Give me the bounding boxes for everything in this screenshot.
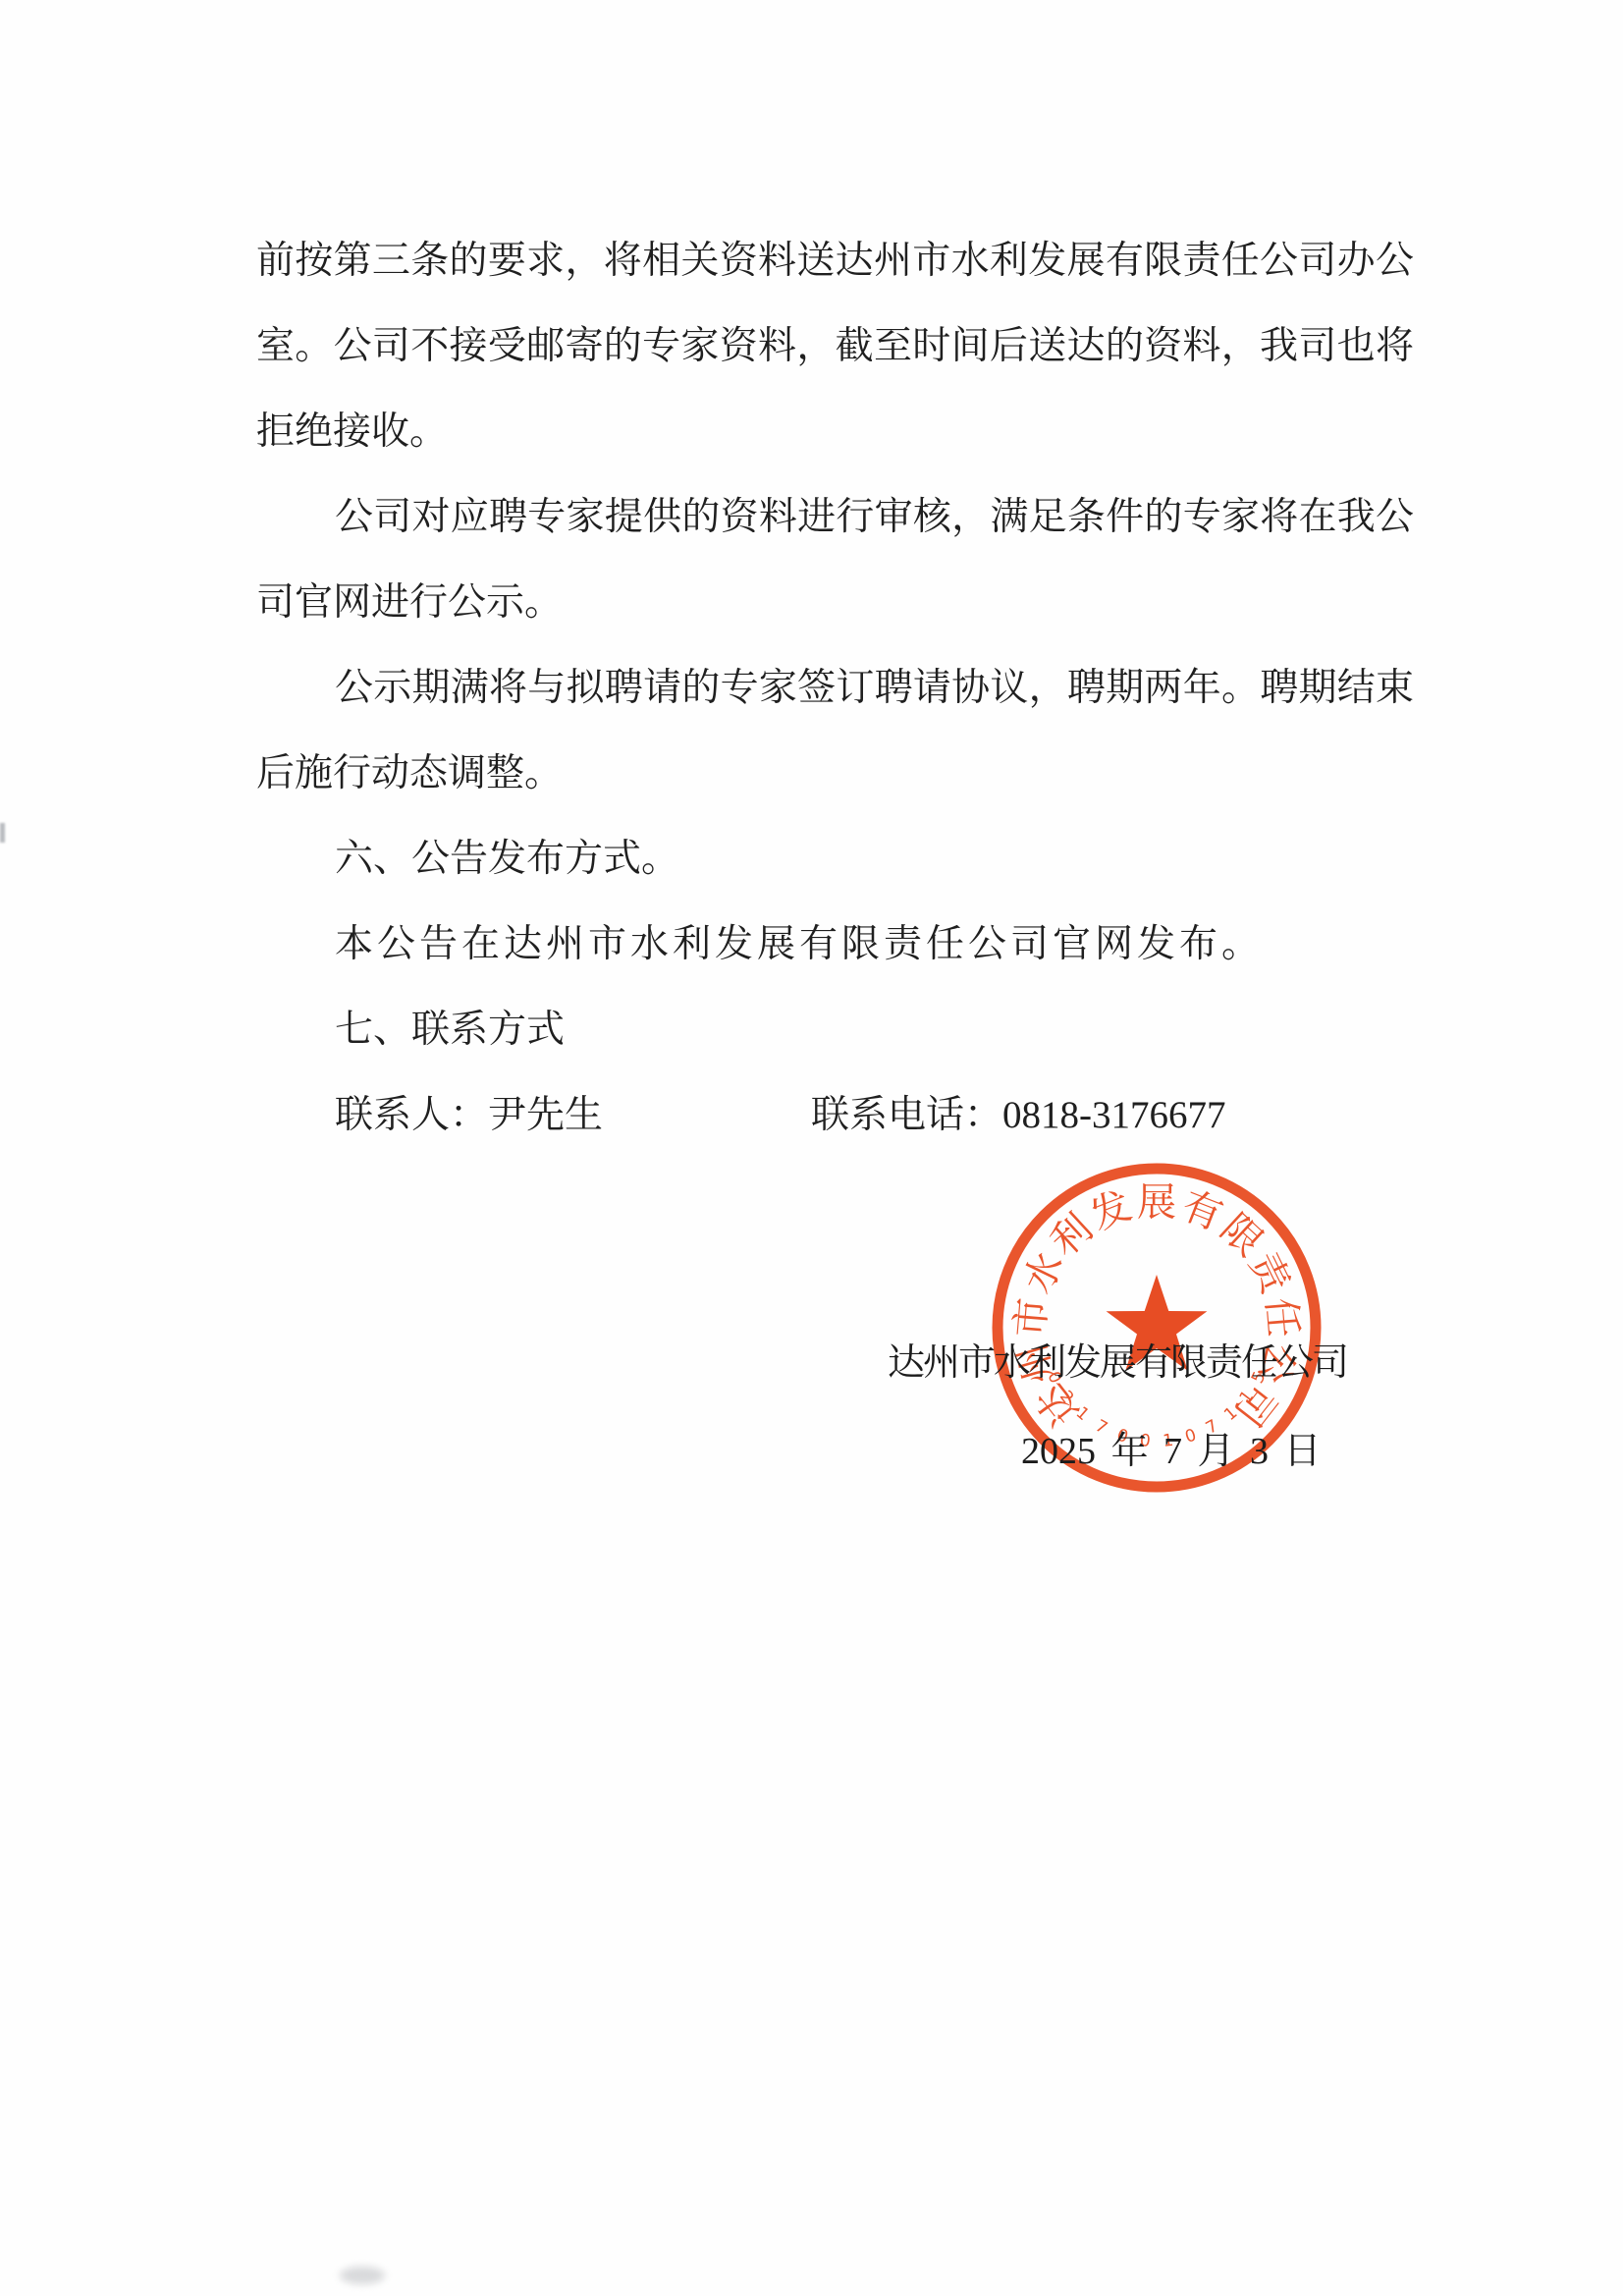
signature-date: 2025 年 7 月 3 日 [1021,1430,1322,1473]
contact-row: 联系人：尹先生 联系电话：0818-3176677 [256,1072,1414,1158]
body-line: 前按第三条的要求，将相关资料送达州市水利发展有限责任公司办公 [256,218,1414,303]
body-line: 公司对应聘专家提供的资料进行审核，满足条件的专家将在我公 [256,474,1414,560]
body-line: 后施行动态调整。 [256,731,1414,816]
contact-person: 联系人：尹先生 [256,1094,603,1136]
body-line: 拒绝接收。 [256,389,1414,474]
scan-smudge [340,2267,385,2284]
body-line: 室。公司不接受邮寄的专家资料，截至时间后送达的资料，我司也将 [256,303,1414,389]
body-line: 本公告在达州市水利发展有限责任公司官网发布。 [256,902,1414,987]
svg-text:市: 市 [1007,1296,1055,1339]
contact-phone: 联系电话：0818-3176677 [811,1072,1226,1158]
body-line: 公示期满将与拟聘请的专家签订聘请协议，聘期两年。聘期结束 [256,645,1414,731]
document-page: 达州市水利发展有限责任公司 511701007120 前按第三条的要求，将相关资… [0,0,1623,2296]
section-heading-seven: 七、联系方式 [256,987,1414,1072]
section-heading-six: 六、公告发布方式。 [256,816,1414,902]
body-line: 司官网进行公示。 [256,560,1414,645]
scan-edge-artifact [0,823,5,843]
signature-company-name: 达州市水利发展有限责任公司 [888,1341,1347,1385]
svg-text:任: 任 [1259,1296,1306,1339]
svg-text:展: 展 [1137,1180,1176,1225]
announcement-body: 前按第三条的要求，将相关资料送达州市水利发展有限责任公司办公 室。公司不接受邮寄… [256,218,1414,1158]
